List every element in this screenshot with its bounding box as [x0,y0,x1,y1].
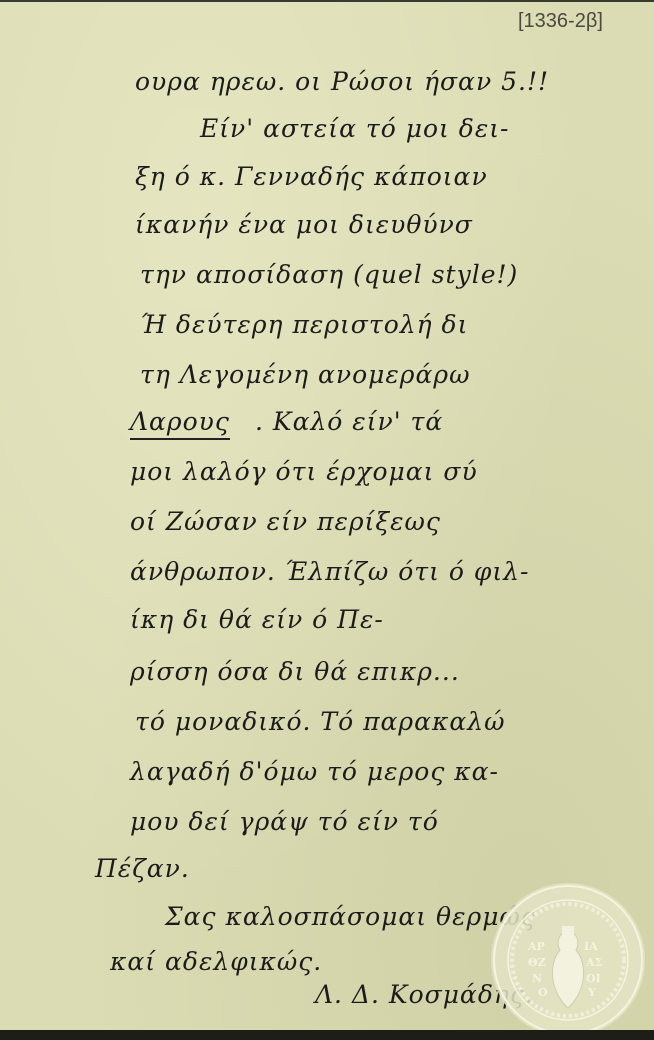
text-line-5: την αποσίδαση (quel style!) [140,260,518,289]
text-line-1: ουρα ηρεω. οι Ρώσοι ήσαν 5.!! [135,67,549,96]
text-line-9: μοι λαλόγ ότι έρχομαι σύ [130,457,478,486]
text-line-17: Πέζαν. [95,854,190,883]
text-line-11: άνθρωπον. Έλπίζω ότι ό φιλ- [130,557,529,586]
text-line-15: λαγαδή δ'όμω τό μερος κα- [130,757,499,786]
svg-text:ΙΑ: ΙΑ [584,940,598,953]
closing-line-2: καί αδελφικώς. [110,947,322,976]
text-line-8b: . Καλό είν' τά [255,407,443,436]
text-line-14: τό μοναδικό. Τό παρακαλώ [135,707,505,736]
svg-text:ΑΡ: ΑΡ [527,940,545,953]
svg-text:Ο: Ο [538,986,548,999]
text-line-3: ξη ό κ. Γενναδής κάποιαν [135,162,488,191]
underlined-word-larousse: Λαρους [130,407,230,440]
text-line-12: ίκη δι θά είν ό Πε- [130,605,384,634]
text-line-10: οί Ζώσαν είν περίξεως [130,507,441,536]
svg-text:Ν: Ν [532,972,542,985]
text-line-16: μου δεί γράψ τό είν τό [130,807,439,836]
svg-text:ΘΖ: ΘΖ [528,956,546,969]
svg-text:ΑΣ: ΑΣ [585,956,603,969]
manuscript-page: [1336-2β] ουρα ηρεω. οι Ρώσοι ήσαν 5.!! … [0,2,654,1032]
embossed-seal-icon: ΑΡΙΑ ΘΖΑΣ ΝΟΙ ΟΥ [488,880,648,1040]
text-line-7: τη Λεγομένη ανομεράρω [140,360,470,389]
svg-text:Υ: Υ [587,986,596,999]
page-bottom-edge [0,1030,654,1040]
text-line-4: ίκανήν ένα μοι διευθύνσ [135,210,473,239]
text-line-13: ρίσση όσα δι θά επικρ... [130,657,460,686]
text-line-2: Είν' αστεία τό μοι δει- [200,114,510,143]
archive-reference: [1336-2β] [518,10,603,33]
closing-line-1: Σας καλοσπάσομαι θερμώς [165,902,536,931]
text-line-6: Ή δεύτερη περιστολή δι [140,310,468,339]
svg-text:ΟΙ: ΟΙ [586,972,601,985]
